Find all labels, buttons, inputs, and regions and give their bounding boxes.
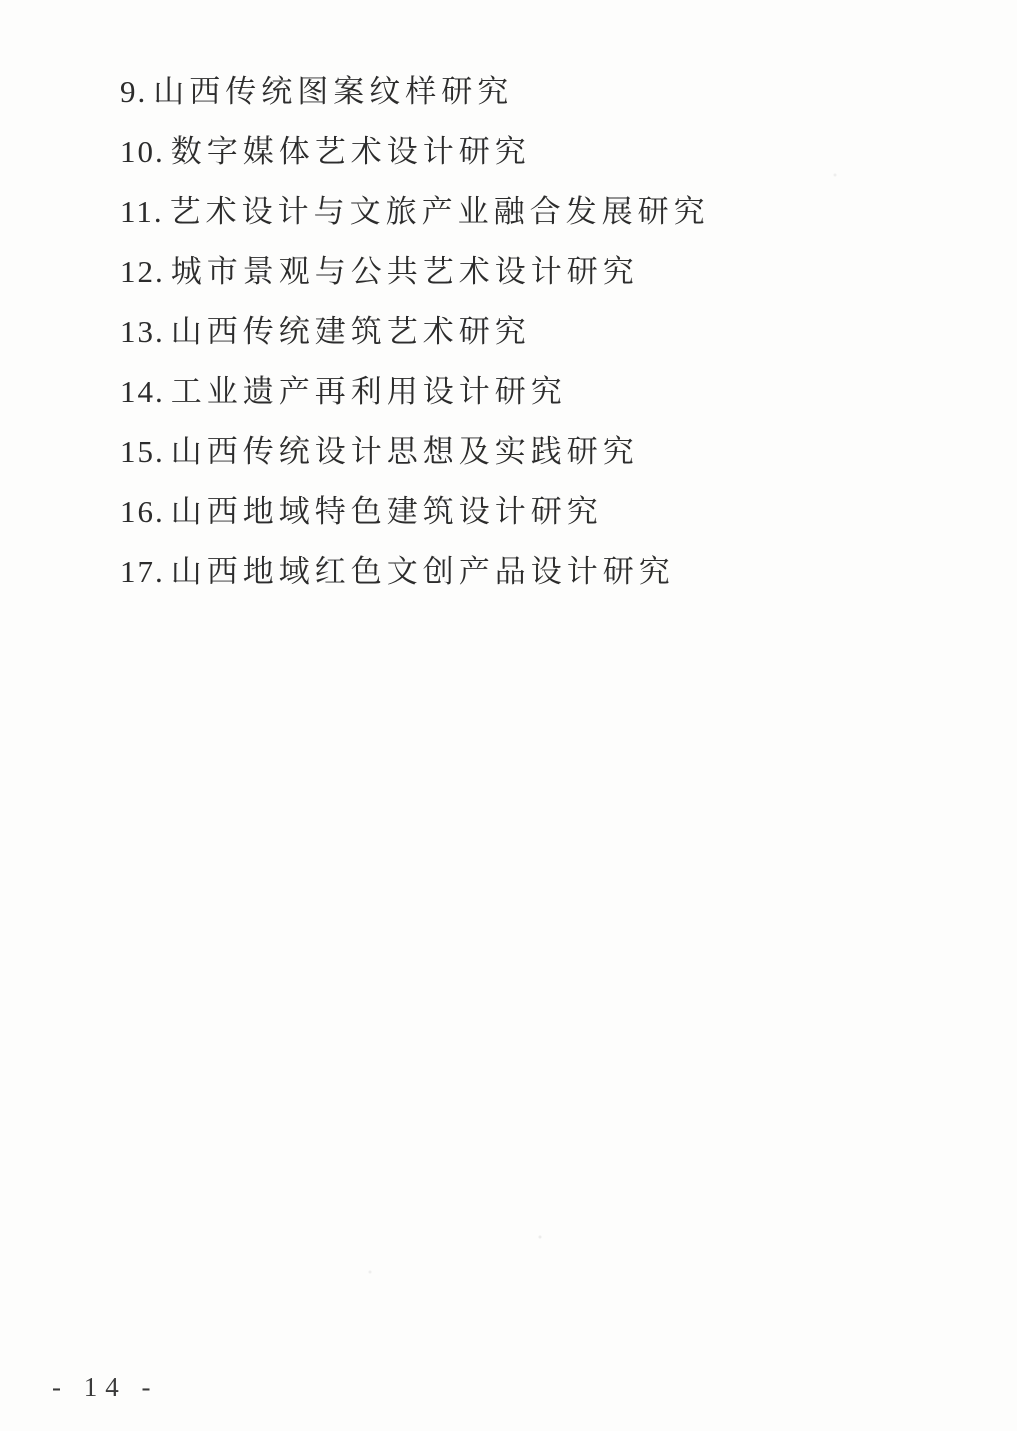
list-item: 13.山西传统建筑艺术研究 [120,302,957,362]
list-item: 15.山西传统设计思想及实践研究 [120,422,957,482]
list-item: 10.数字媒体艺术设计研究 [120,122,957,182]
item-number: 10. [120,122,165,182]
list-item: 17.山西地域红色文创产品设计研究 [120,542,957,602]
list-item: 16.山西地域特色建筑设计研究 [120,482,957,542]
item-number: 14. [120,362,165,422]
item-text: 山西传统设计思想及实践研究 [171,422,639,482]
item-text: 山西地域特色建筑设计研究 [171,482,603,542]
item-number: 13. [120,302,165,362]
list-item: 14.工业遗产再利用设计研究 [120,362,957,422]
item-text: 艺术设计与文旅产业融合发展研究 [170,182,710,242]
item-text: 山西地域红色文创产品设计研究 [171,542,675,602]
item-text: 城市景观与公共艺术设计研究 [171,242,639,302]
list-item: 9.山西传统图案纹样研究 [120,62,957,122]
item-text: 山西传统建筑艺术研究 [171,302,531,362]
list-item: 11.艺术设计与文旅产业融合发展研究 [120,182,957,242]
item-text: 工业遗产再利用设计研究 [171,362,567,422]
topic-list: 9.山西传统图案纹样研究 10.数字媒体艺术设计研究 11.艺术设计与文旅产业融… [120,62,957,602]
item-number: 16. [120,482,165,542]
item-number: 15. [120,422,165,482]
document-page: 9.山西传统图案纹样研究 10.数字媒体艺术设计研究 11.艺术设计与文旅产业融… [0,0,1017,1431]
item-number: 11. [120,182,164,242]
page-number: - 14 - [52,1372,158,1403]
list-item: 12.城市景观与公共艺术设计研究 [120,242,957,302]
item-number: 17. [120,542,165,602]
item-text: 山西传统图案纹样研究 [153,62,513,122]
item-number: 12. [120,242,165,302]
item-text: 数字媒体艺术设计研究 [171,122,531,182]
item-number: 9. [120,62,147,122]
